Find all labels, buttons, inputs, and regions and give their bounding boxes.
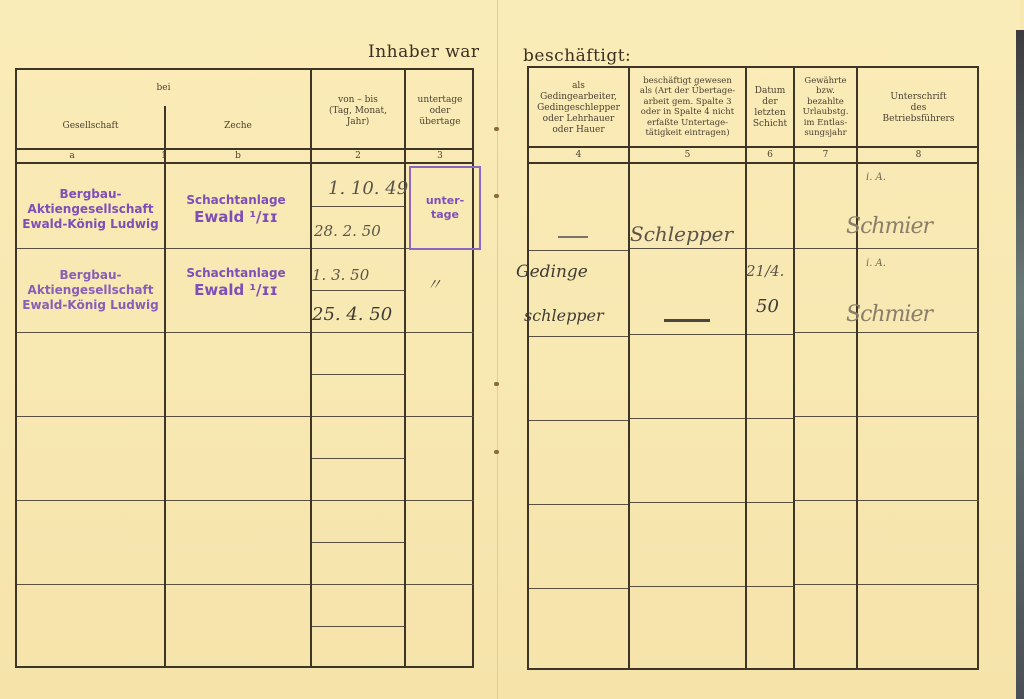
column-number: 2: [312, 151, 404, 161]
header-line: beschäftigt gewesen: [643, 76, 732, 87]
heading-beschaeftigt: beschäftigt:: [523, 46, 631, 66]
header-von-bis: von – bis (Tag, Monat, Jahr): [312, 76, 404, 146]
header-line: oder Lehrhauer: [543, 114, 615, 125]
stamp-line: Ewald-König Ludwig: [17, 217, 164, 232]
header-line: arbeit gem. Spalte 3: [644, 97, 732, 108]
stamp-line: Ewald ¹/ɪɪ: [164, 208, 308, 226]
date-to: 25. 4. 50: [312, 304, 392, 325]
header-line: im Entlas-: [804, 118, 848, 129]
header-col6: Datum der letzten Schicht: [747, 72, 793, 144]
column-number: 5: [630, 150, 745, 160]
header-line: bezahlte: [807, 97, 844, 108]
header-line: Betriebsführers: [883, 114, 955, 125]
header-line: von – bis: [338, 95, 378, 106]
header-line: als (Art der Übertage-: [640, 86, 735, 97]
staple-hole: [494, 382, 499, 386]
header-zeche: Zeche: [166, 106, 310, 146]
manager-signature: Schmier: [846, 302, 932, 327]
header-line: Gedingearbeiter,: [540, 92, 617, 103]
employment-table-right: als Gedingearbeiter, Gedingeschlepper od…: [527, 66, 979, 670]
date-to: 28. 2. 50: [314, 222, 381, 240]
manager-signature: Schmier: [846, 214, 932, 239]
stamp-line: unter-: [426, 194, 464, 208]
header-line: oder: [430, 106, 451, 117]
column-number: 6: [747, 150, 793, 160]
staple-hole: [494, 450, 499, 454]
company-stamp: Bergbau- Aktiengesellschaft Ewald-König …: [17, 268, 164, 313]
ditto-mark: 〃: [426, 272, 442, 295]
header-line: Gewährte: [804, 76, 846, 87]
background-surface: [1016, 30, 1024, 699]
stamp-line: Aktiengesellschaft: [17, 202, 164, 217]
staple-hole: [494, 194, 499, 198]
employment-table-left: bei Gesellschaft Zeche von – bis (Tag, M…: [15, 68, 474, 668]
mine-stamp: Schachtanlage Ewald ¹/ɪɪ: [164, 193, 308, 226]
column-number: 7: [795, 150, 856, 160]
stamp-line: Aktiengesellschaft: [17, 283, 164, 298]
header-col4: als Gedingearbeiter, Gedingeschlepper od…: [529, 72, 628, 144]
stamp-line: Bergbau-: [17, 268, 164, 283]
date-from: 1. 3. 50: [312, 266, 369, 284]
header-line: übertage: [419, 117, 460, 128]
column-number: 4: [529, 150, 628, 160]
header-col5: beschäftigt gewesen als (Art der Übertag…: [630, 70, 745, 144]
column-number: 3: [406, 151, 474, 161]
header-line: oder in Spalte 4 nicht: [641, 107, 734, 118]
header-col7: Gewährte bzw. bezahlte Urlaubstg. im Ent…: [795, 70, 856, 144]
col4-value-line2: schlepper: [524, 306, 604, 325]
signature-prefix: i. A.: [866, 172, 886, 183]
header-line: (Tag, Monat,: [329, 106, 387, 117]
col4-empty-dash: [558, 236, 588, 238]
staple-hole: [494, 127, 499, 131]
header-line: tätigkeit eintragen): [645, 128, 729, 139]
header-line: Jahr): [347, 117, 370, 128]
header-line: untertage: [418, 95, 463, 106]
date-from: 1. 10. 49: [328, 178, 408, 199]
column-number: 8: [858, 150, 979, 160]
stamp-line: Schachtanlage: [164, 266, 308, 281]
column-number: a: [17, 151, 127, 161]
header-line: Schicht: [753, 119, 787, 130]
header-line: oder Hauer: [552, 125, 604, 136]
header-line: Unterschrift: [890, 92, 946, 103]
col6-date-line2: 50: [756, 296, 779, 317]
header-line: bzw.: [816, 86, 835, 97]
stamp-line: Ewald-König Ludwig: [17, 298, 164, 313]
book-gutter: [497, 0, 498, 699]
header-untertage: untertage oder übertage: [406, 76, 474, 146]
header-bei: bei: [17, 74, 310, 102]
header-line: Datum: [755, 86, 786, 97]
header-line: letzten: [754, 108, 785, 119]
header-line: des: [911, 103, 927, 114]
signature-prefix: i. A.: [866, 258, 886, 269]
col5-empty-dash: [664, 319, 710, 322]
header-line: Urlaubstg.: [803, 107, 849, 118]
col4-value-line1: Gedinge: [516, 262, 588, 282]
col5-value: Schlepper: [630, 222, 733, 246]
column-number: b: [166, 151, 310, 161]
stamp-line: Ewald ¹/ɪɪ: [164, 281, 308, 299]
stamp-line: Schachtanlage: [164, 193, 308, 208]
header-line: Gedingeschlepper: [537, 103, 620, 114]
header-line: als: [572, 81, 585, 92]
header-col8: Unterschrift des Betriebsführers: [858, 72, 979, 144]
header-line: der: [762, 97, 777, 108]
heading-inhaber-war: Inhaber war: [368, 42, 480, 62]
header-line: sungsjahr: [804, 128, 846, 139]
header-gesellschaft: Gesellschaft: [17, 106, 164, 146]
stamp-line: tage: [431, 208, 459, 222]
stamp-line: Bergbau-: [17, 187, 164, 202]
company-stamp: Bergbau- Aktiengesellschaft Ewald-König …: [17, 187, 164, 232]
header-line: erfaßte Untertage-: [647, 118, 728, 129]
untertage-stamp: unter- tage: [409, 166, 481, 250]
col6-date-line1: 21/4.: [746, 262, 784, 280]
mine-stamp: Schachtanlage Ewald ¹/ɪɪ: [164, 266, 308, 299]
